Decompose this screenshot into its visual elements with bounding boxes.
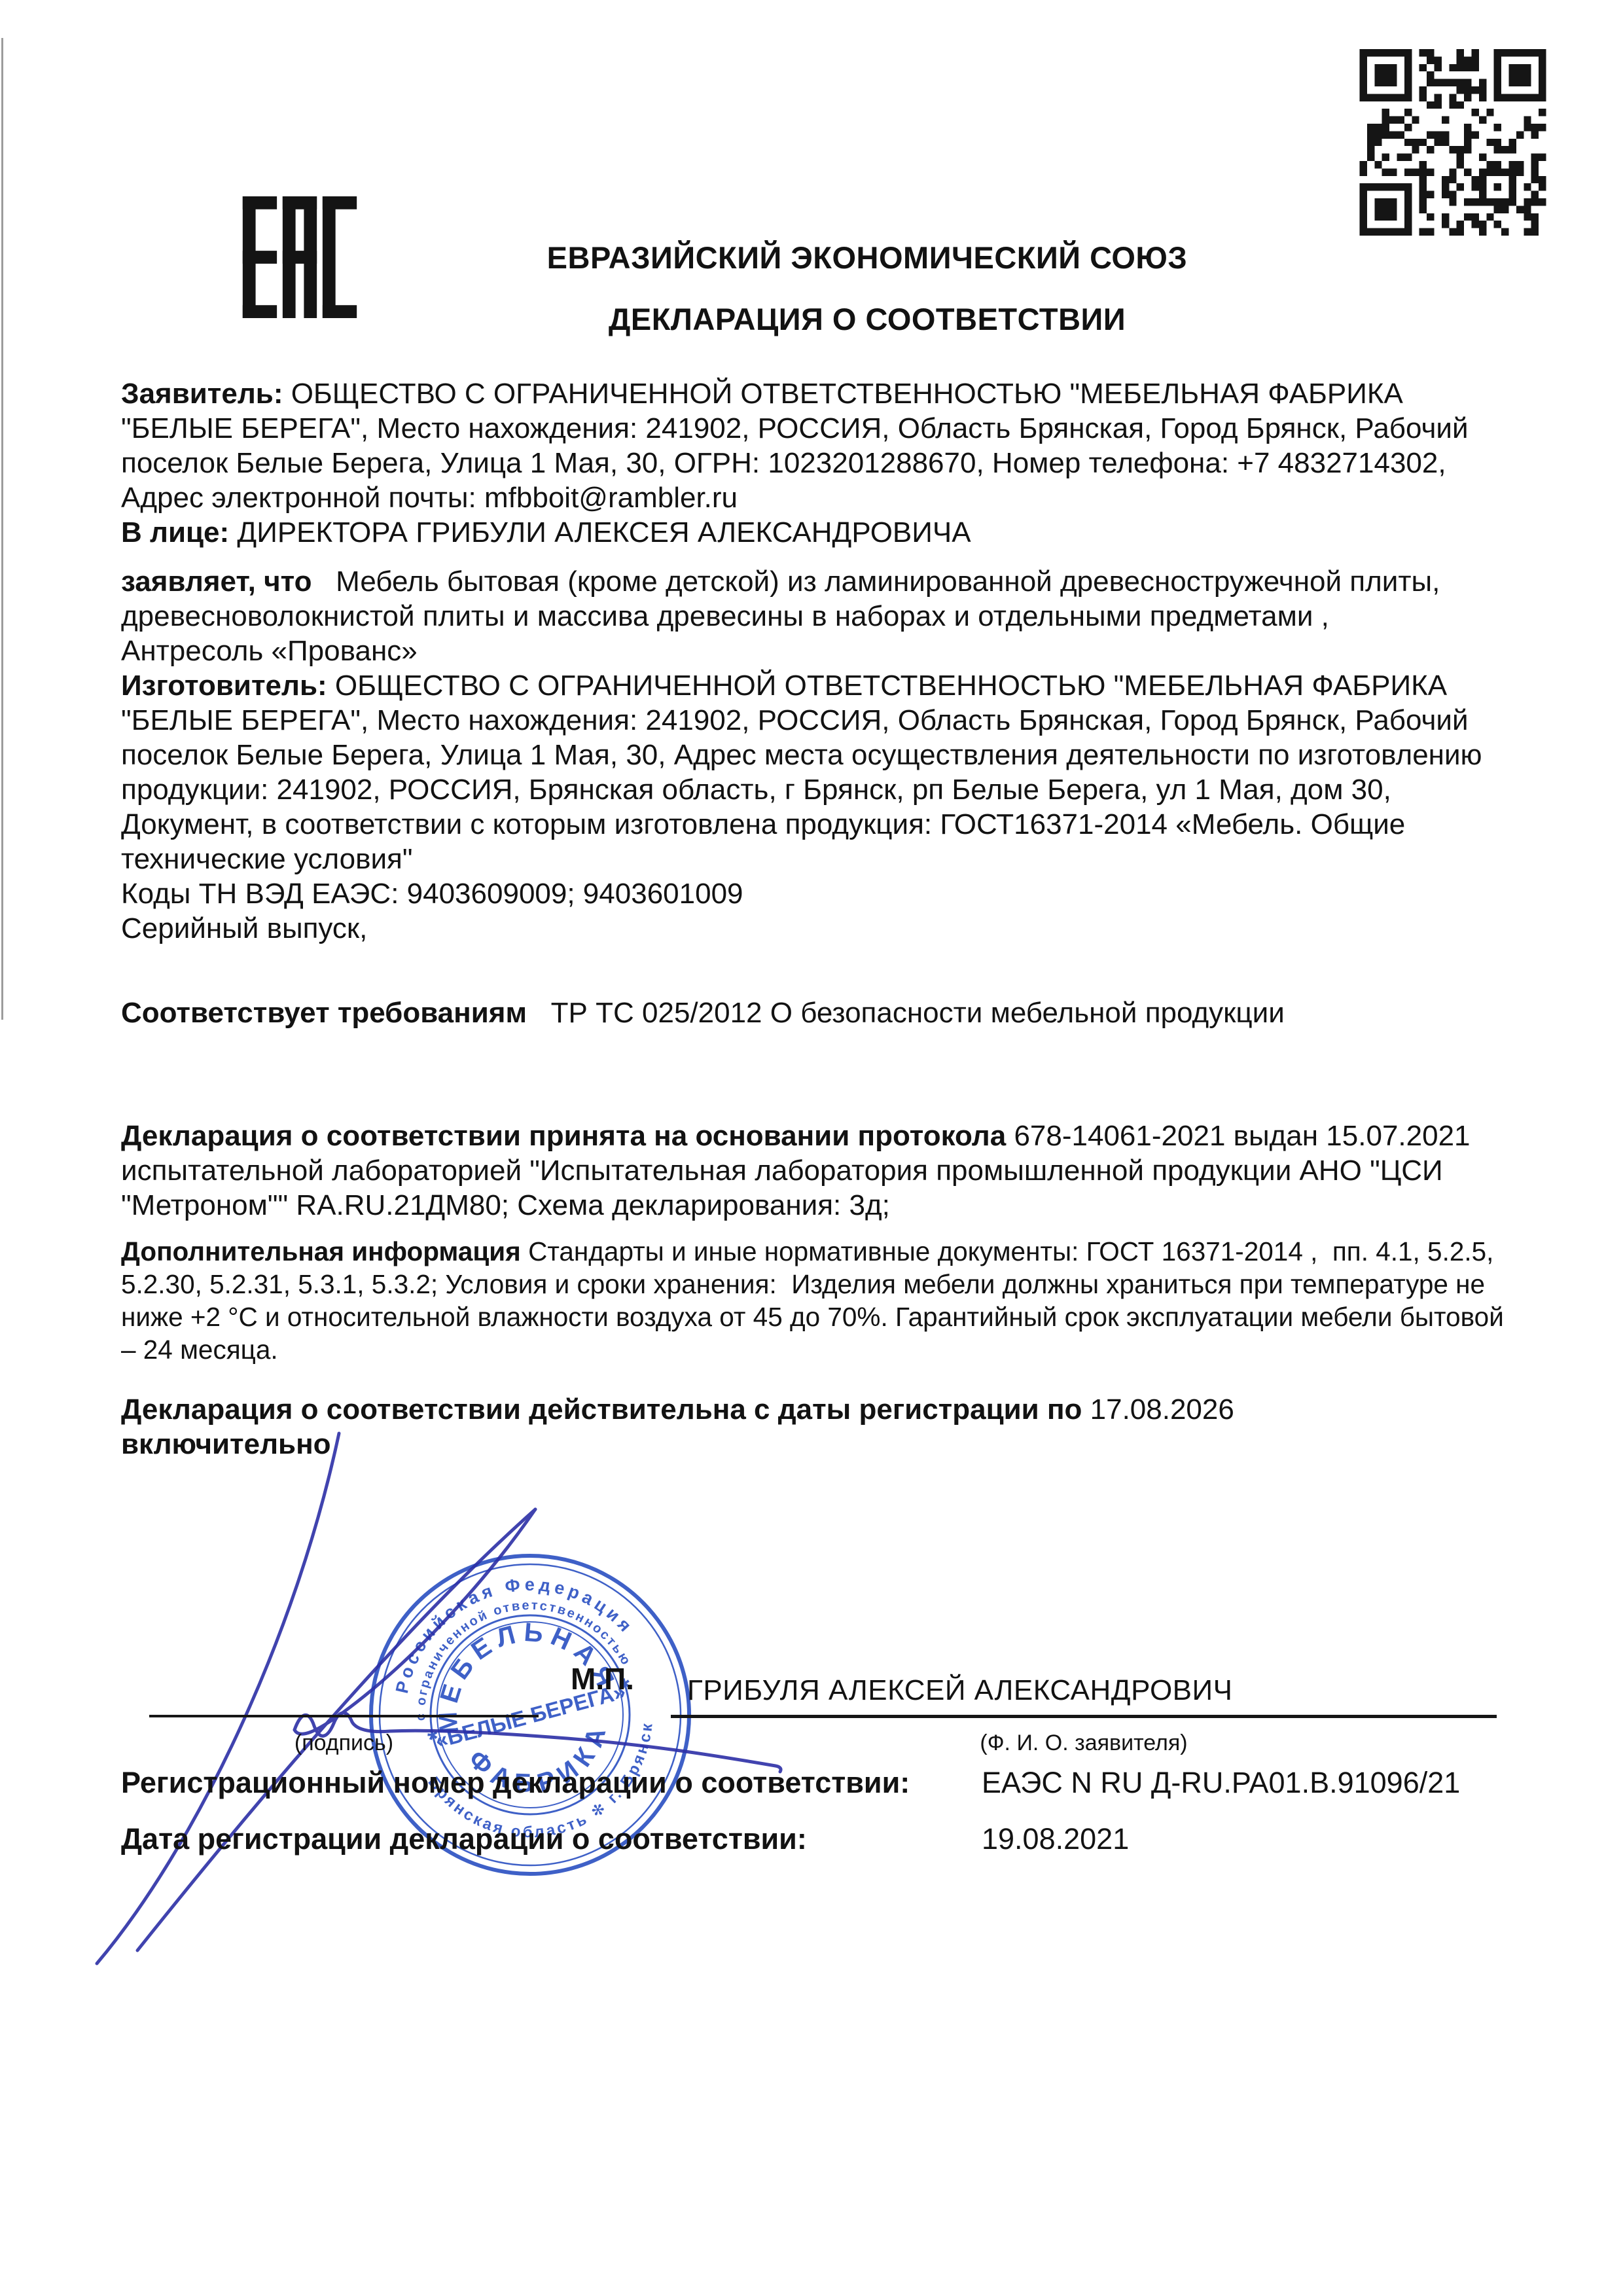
paragraph-document: Документ, в соответствии с которым изгот… [121,807,1522,876]
validity-date: 17.08.2026 [1082,1393,1234,1426]
paragraph-validity: Декларация о соответствии действительна … [121,1392,1522,1462]
header: ЕВРАЗИЙСКИЙ ЭКОНОМИЧЕСКИЙ СОЮЗ ДЕКЛАРАЦИ… [111,240,1623,337]
in-person-label: В лице: [121,516,229,548]
manufacturer-text: ОБЩЕСТВО С ОГРАНИЧЕННОЙ ОТВЕТСТВЕННОСТЬЮ… [121,670,1490,806]
paragraph-manufacturer: Изготовитель: ОБЩЕСТВО С ОГРАНИЧЕННОЙ ОТ… [121,668,1522,807]
registration-date-label: Дата регистрации декларации о соответств… [121,1822,807,1856]
paragraph-basis: Декларация о соответствии принята на осн… [121,1119,1522,1223]
declaration-document: ЕВРАЗИЙСКИЙ ЭКОНОМИЧЕСКИЙ СОЮЗ ДЕКЛАРАЦИ… [0,0,1623,2296]
signature-line [149,1715,539,1717]
serial-text: Серийный выпуск, [121,912,367,944]
basis-label: Декларация о соответствии принята на осн… [121,1120,1006,1152]
scan-edge-artifact [1,38,3,1020]
qr-code-icon [1358,49,1548,236]
stamp-place-label: М.П. [571,1661,634,1696]
declares-text: Мебель бытовая (кроме детской) из ламини… [121,565,1448,632]
signature-caption: (подпись) [149,1731,539,1756]
paragraph-codes: Коды ТН ВЭД ЕАЭС: 9403609009; 9403601009 [121,876,1522,911]
paragraph-serial: Серийный выпуск, [121,911,1522,946]
paragraph-in-person: В лице: ДИРЕКТОРА ГРИБУЛИ АЛЕКСЕЯ АЛЕКСА… [121,515,1522,550]
manufacturer-label: Изготовитель: [121,670,327,702]
codes-text: Коды ТН ВЭД ЕАЭС: 9403609009; 9403601009 [121,878,743,910]
in-person-text: ДИРЕКТОРА ГРИБУЛИ АЛЕКСЕЯ АЛЕКСАНДРОВИЧА [229,516,971,548]
union-title: ЕВРАЗИЙСКИЙ ЭКОНОМИЧЕСКИЙ СОЮЗ [111,240,1623,276]
applicant-name-caption: (Ф. И. О. заявителя) [671,1731,1497,1756]
complies-text: ТР ТС 025/2012 О безопасности мебельной … [527,997,1285,1029]
paragraph-additional-info: Дополнительная информация Стандарты и ин… [121,1235,1522,1366]
declares-product: Антресоль «Прованс» [121,635,418,667]
additional-info-label: Дополнительная информация [121,1236,521,1266]
validity-tail: включительно [121,1428,331,1460]
complies-label: Соответствует требованиям [121,997,527,1029]
applicant-label: Заявитель: [121,378,283,410]
declares-label: заявляет, что [121,565,312,598]
document-body: Заявитель: ОБЩЕСТВО С ОГРАНИЧЕННОЙ ОТВЕТ… [121,376,1522,1462]
paragraph-declares: заявляет, что Мебель бытовая (кроме детс… [121,564,1522,668]
validity-label: Декларация о соответствии действительна … [121,1393,1082,1426]
paragraph-applicant: Заявитель: ОБЩЕСТВО С ОГРАНИЧЕННОЙ ОТВЕТ… [121,376,1522,515]
registration-number-label: Регистрационный номер декларации о соотв… [121,1766,910,1800]
registration-number-value: ЕАЭС N RU Д-RU.PA01.B.91096/21 [982,1766,1460,1800]
paragraph-complies: Соответствует требованиям ТР ТС 025/2012… [121,996,1522,1030]
applicant-name: ГРИБУЛЯ АЛЕКСЕЙ АЛЕКСАНДРОВИЧ [687,1674,1232,1707]
applicant-name-line [671,1715,1497,1718]
document-title: ДЕКЛАРАЦИЯ О СООТВЕТСТВИИ [111,301,1623,337]
registration-date-value: 19.08.2021 [982,1822,1129,1856]
applicant-text: ОБЩЕСТВО С ОГРАНИЧЕННОЙ ОТВЕТСТВЕННОСТЬЮ… [121,378,1476,514]
document-text: Документ, в соответствии с которым изгот… [121,808,1414,875]
